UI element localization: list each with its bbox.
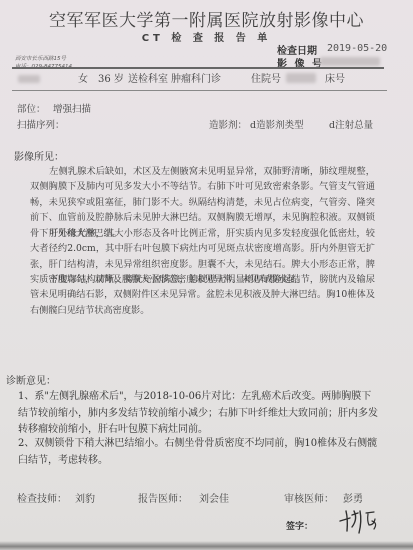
site-label: 部位： [17,101,46,115]
site-value: 增强扫描 [53,101,91,115]
exam-date-value: 2019-05-20 [327,43,387,54]
findings-text-pelvis: 下腹部结构清晰，膀胱充盈满意，膀胱壁无明显增厚或隆起结节，膀胱内及输尿管未见明确… [30,274,375,316]
findings-paragraph-pelvis: 下腹部结构清晰，膀胱充盈满意，膀胱壁无明显增厚或隆起结节，膀胱内及输尿管未见明确… [30,272,375,318]
patient-age: 36 岁 [98,70,124,85]
patient-divider [12,90,387,91]
patient-name-redacted [18,75,40,83]
reviewer-name: 彭勇 [343,490,363,505]
contrast-label: 造影剂： [209,117,247,131]
dept-value: 肿瘤科门诊 [171,70,221,85]
reporter-label: 报告医师： [138,490,188,505]
diagnosis-label: 诊断意见： [6,372,56,387]
hospital-address: 西安市长乐西路15号 [15,54,66,62]
inpatient-no-label: 住院号 [251,70,281,85]
diagnosis-item-1: 1、系"左侧乳腺癌术后"，与2018-10-06片对比：左乳癌术后改变。两肺胸膜… [18,389,378,439]
header-divider [12,67,384,69]
contrast-type: d造影剂类型 [250,117,304,131]
inpatient-no-redacted [286,73,316,83]
hospital-name: 空军军医大学第一附属医院放射影像中心 [0,6,413,31]
technician-label: 检查技师： [17,490,67,505]
bed-no-label: 床号 [325,70,345,85]
diagnosis-item-2: 2、双侧锁骨下稍大淋巴结缩小。右侧坐骨骨质密度不均同前，胸10椎体及右侧髋臼结节… [18,436,378,469]
diagnosis-text-1: 1、系"左侧乳腺癌术后"，与2018-10-06片对比：左乳癌术后改变。两肺胸膜… [18,391,378,435]
reporter-name: 刘会佳 [199,490,229,505]
page-edge-shadow [0,541,413,550]
hospital-phone: 电话：029-84775414 [15,62,72,70]
sign-label: 签字： [286,519,313,532]
report-title: CT 检 查 报 告 单 [0,29,413,44]
image-no-redacted [320,57,380,66]
handwritten-signature-icon [338,505,383,537]
patient-sex: 女 [78,70,88,85]
contrast-total: d注射总量 [329,117,373,131]
sequence-label: 扫描序列： [17,117,65,131]
findings-label: 影像所见： [14,148,64,163]
dept-label: 送检科室 [128,70,168,85]
technician-name: 刘豹 [75,490,95,505]
reviewer-label: 审核医师： [284,490,334,505]
diagnosis-text-2: 2、双侧锁骨下稍大淋巴结缩小。右侧坐骨骨质密度不均同前，胸10椎体及右侧髋臼结节… [18,438,377,466]
